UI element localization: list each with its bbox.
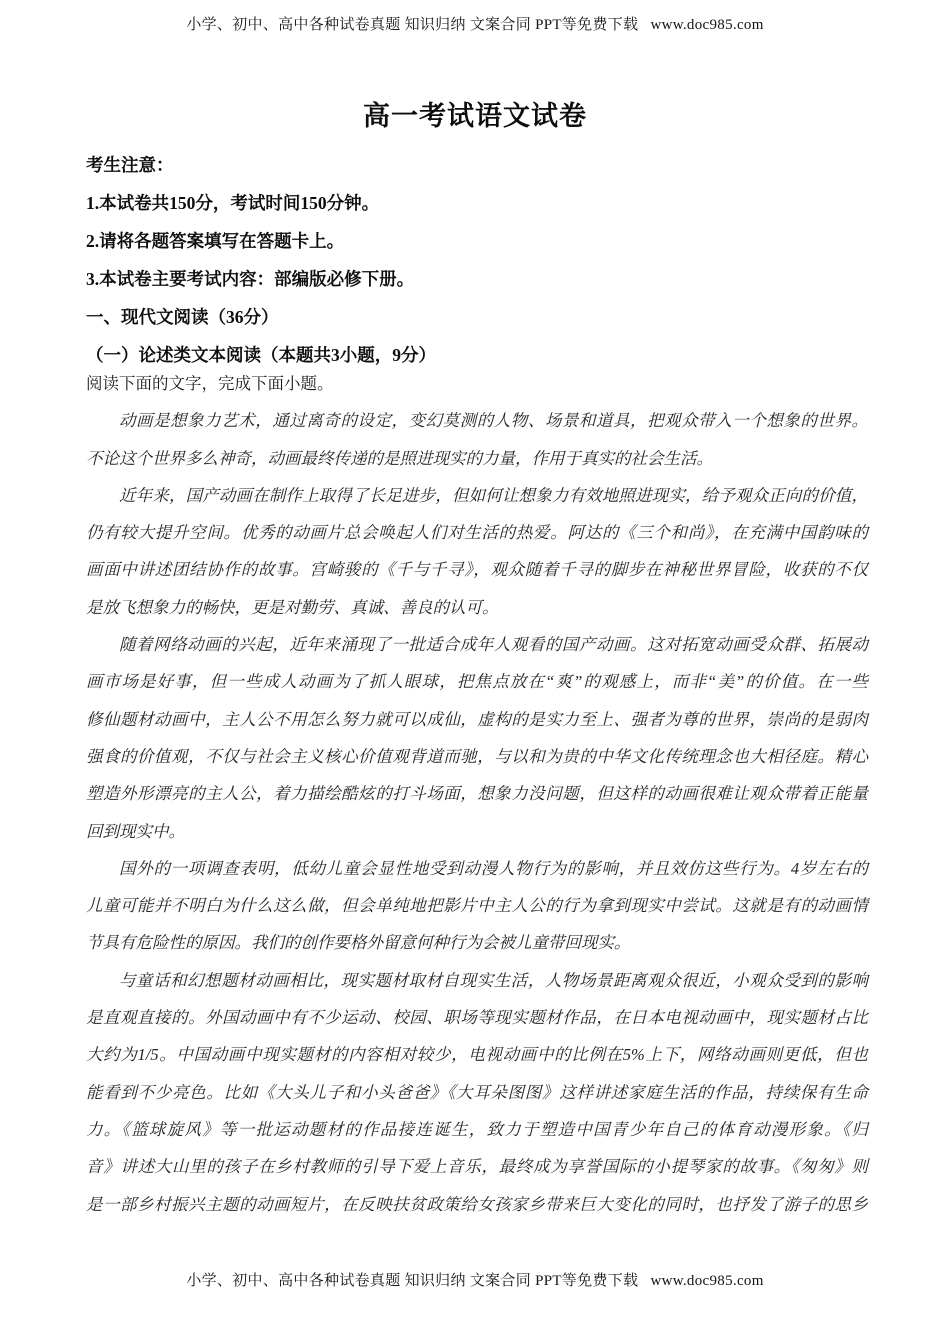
section-heading-modern-reading: 一、现代文阅读（36分） [86,298,868,336]
passage-line: 不论这个世界多么神奇，动画最终传递的是照进现实的力量，作用于真实的社会生活。 [86,440,868,477]
passage-line: 节具有危险性的原因。我们的创作要格外留意何种行为会被儿童带回现实。 [86,924,868,961]
page-title: 高一考试语文试卷 [0,94,950,133]
passage-line: 力。《篮球旋风》等一批运动题材的作品接连诞生，致力于塑造中国青少年自己的体育动漫… [86,1111,868,1148]
notice-item-2: 2.请将各题答案填写在答题卡上。 [86,222,868,260]
passage-line: 与童话和幻想题材动画相比，现实题材取材自现实生活，人物场景距离观众很近，小观众受… [86,962,868,999]
passage-line: 能看到不少亮色。比如《大头儿子和小头爸爸》《大耳朵图图》这样讲述家庭生活的作品，… [86,1074,868,1111]
notice-item-1: 1.本试卷共150分，考试时间150分钟。 [86,184,868,222]
passage-line: 仍有较大提升空间。优秀的动画片总会唤起人们对生活的热爱。阿达的《三个和尚》，在充… [86,514,868,551]
passage-line: 画面中讲述团结协作的故事。宫崎骏的《千与千寻》，观众随着千寻的脚步在神秘世界冒险… [86,551,868,588]
passage-body: 动画是想象力艺术，通过离奇的设定，变幻莫测的人物、场景和道具，把观众带入一个想象… [86,402,868,1223]
footer-watermark: 小学、初中、高中各种试卷真题 知识归纳 文案合同 PPT等免费下载 www.do… [0,1269,950,1290]
passage-line: 音》讲述大山里的孩子在乡村教师的引导下爱上音乐，最终成为享誉国际的小提琴家的故事… [86,1148,868,1185]
passage-line: 大约为1/5。中国动画中现实题材的内容相对较少，电视动画中的比例在5%上下，网络… [86,1036,868,1073]
passage-line: 强食的价值观，不仅与社会主义核心价值观背道而驰，与以和为贵的中华文化传统理念也大… [86,738,868,775]
passage-line: 修仙题材动画中，主人公不用怎么努力就可以成仙，虚构的是实力至上、强者为尊的世界，… [86,701,868,738]
passage-line: 近年来，国产动画在制作上取得了长足进步，但如何让想象力有效地照进现实，给予观众正… [86,477,868,514]
document-page: 小学、初中、高中各种试卷真题 知识归纳 文案合同 PPT等免费下载 www.do… [0,0,950,1344]
header-watermark: 小学、初中、高中各种试卷真题 知识归纳 文案合同 PPT等免费下载 www.do… [0,13,950,34]
passage-line: 儿童可能并不明白为什么这么做，但会单纯地把影片中主人公的行为拿到现实中尝试。这就… [86,887,868,924]
passage-line: 动画是想象力艺术，通过离奇的设定，变幻莫测的人物、场景和道具，把观众带入一个想象… [86,402,868,439]
passage-line: 是放飞想象力的畅快，更是对勤劳、真诚、善良的认可。 [86,589,868,626]
passage-line: 是一部乡村振兴主题的动画短片，在反映扶贫政策给女孩家乡带来巨大变化的同时，也抒发… [86,1186,868,1223]
passage-line: 塑造外形漂亮的主人公，着力描绘酷炫的打斗场面，想象力没问题，但这样的动画很难让观… [86,775,868,812]
passage-line: 是直观直接的。外国动画中有不少运动、校园、职场等现实题材作品，在日本电视动画中，… [86,999,868,1036]
passage-line: 回到现实中。 [86,813,868,850]
passage-instruction: 阅读下面的文字，完成下面小题。 [86,365,868,402]
reading-passage: 阅读下面的文字，完成下面小题。 动画是想象力艺术，通过离奇的设定，变幻莫测的人物… [86,365,868,1223]
passage-line: 国外的一项调查表明，低幼儿童会显性地受到动漫人物行为的影响，并且效仿这些行为。4… [86,850,868,887]
notice-heading: 考生注意： [86,146,868,184]
exam-notice-block: 考生注意： 1.本试卷共150分，考试时间150分钟。 2.请将各题答案填写在答… [86,146,868,374]
notice-item-3: 3.本试卷主要考试内容：部编版必修下册。 [86,260,868,298]
passage-line: 画市场是好事，但一些成人动画为了抓人眼球，把焦点放在“爽”的观感上，而非“美”的… [86,663,868,700]
passage-line: 随着网络动画的兴起，近年来涌现了一批适合成年人观看的国产动画。这对拓宽动画受众群… [86,626,868,663]
